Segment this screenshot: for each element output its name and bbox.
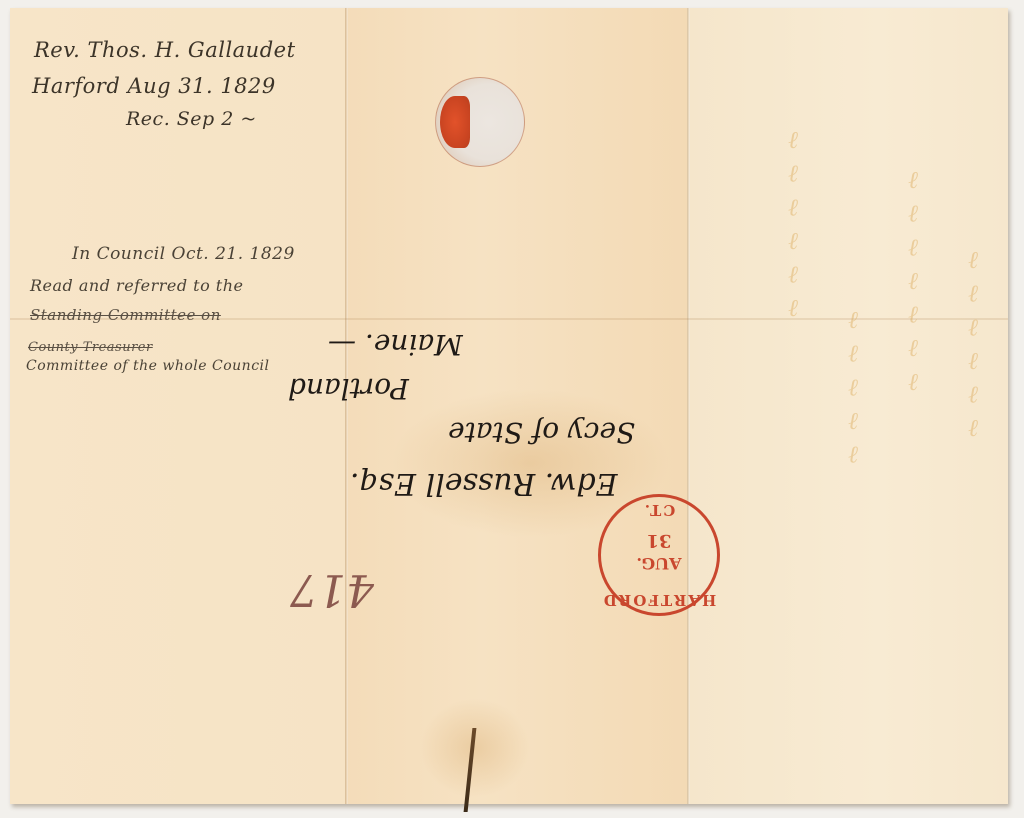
- address-city: Portland: [288, 372, 409, 405]
- folio-mark: 417: [290, 564, 374, 615]
- vertical-fold-left: [345, 8, 348, 804]
- address-state: Maine. —: [328, 328, 463, 361]
- postmark-day: 31: [601, 530, 717, 551]
- bleedthrough-text: ℓ ℓ ℓ ℓ ℓ: [840, 308, 868, 469]
- postmark-state: CT.: [601, 501, 717, 519]
- postmark-month: AUG.: [601, 554, 717, 573]
- letter-sheet: ℓ ℓ ℓ ℓ ℓ ℓ ℓ ℓ ℓ ℓ ℓ ℓ ℓ ℓ ℓ ℓ ℓ ℓ ℓ ℓ …: [10, 8, 1008, 804]
- wax-seal-remnant: [440, 96, 470, 148]
- council-committee: Committee of the whole Council: [26, 358, 270, 374]
- council-struck-committee: Standing Committee on: [30, 306, 221, 324]
- vertical-fold-right: [687, 8, 690, 804]
- bleedthrough-text: ℓ ℓ ℓ ℓ ℓ ℓ: [960, 248, 988, 442]
- postmark: HARTFORD AUG. 31 CT.: [598, 494, 720, 616]
- docket-received: Rec. Sep 2 ~: [126, 108, 257, 130]
- council-referral: Read and referred to the: [30, 276, 244, 295]
- address-recipient: Edw. Russell Esq.: [350, 466, 618, 501]
- wax-seal: [435, 77, 525, 167]
- bleedthrough-text: ℓ ℓ ℓ ℓ ℓ ℓ: [780, 128, 808, 322]
- docket-sender: Rev. Thos. H. Gallaudet: [34, 38, 296, 62]
- stain-bottom: [420, 698, 530, 798]
- postmark-town: HARTFORD: [601, 591, 717, 609]
- bleedthrough-text: ℓ ℓ ℓ ℓ ℓ ℓ ℓ: [900, 168, 928, 396]
- docket-date: Harford Aug 31. 1829: [32, 74, 276, 98]
- council-date: In Council Oct. 21. 1829: [72, 244, 295, 264]
- address-title: Secy of State: [448, 416, 635, 449]
- council-struck-treasurer: County Treasurer: [28, 340, 153, 355]
